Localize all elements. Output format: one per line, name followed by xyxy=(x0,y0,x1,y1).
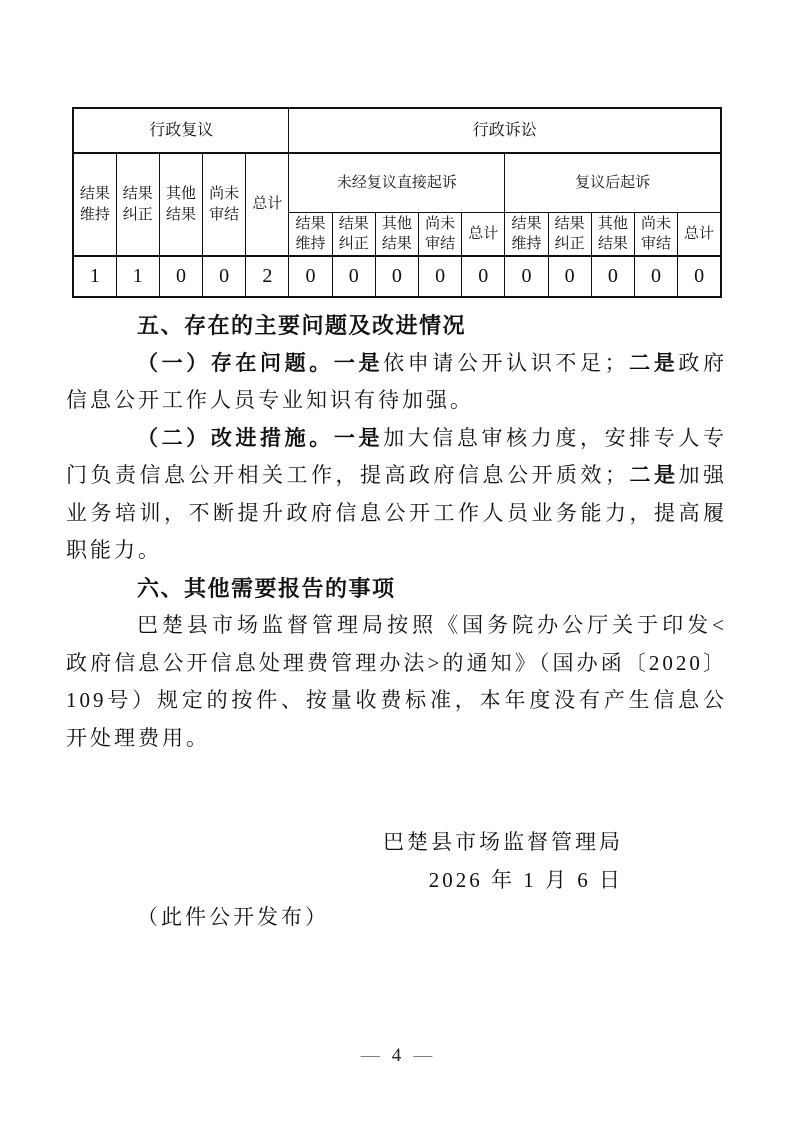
document-page: 行政复议 行政诉讼 结果维持 结果纠正 其他结果 尚未审结 总计 未经复议直接起… xyxy=(0,0,793,1122)
value-cell: 1 xyxy=(73,256,116,297)
header-other-result: 其他结果 xyxy=(159,153,202,256)
signature-date: 2026 年 1 月 6 日 xyxy=(66,862,623,900)
page-number: 4 xyxy=(392,1045,402,1066)
emphasis-text: （一）存在问题。一是 xyxy=(137,351,383,375)
value-cell: 0 xyxy=(375,256,418,297)
header-total: 总计 xyxy=(246,153,289,256)
header-result-upheld: 结果维持 xyxy=(505,212,548,256)
value-cell: 0 xyxy=(289,256,332,297)
value-cell: 0 xyxy=(634,256,677,297)
header-total: 总计 xyxy=(678,212,721,256)
value-cell: 1 xyxy=(116,256,159,297)
signature-block: 巴楚县市场监督管理局 2026 年 1 月 6 日 xyxy=(66,824,727,899)
header-pending: 尚未审结 xyxy=(634,212,677,256)
body-paragraph: （一）存在问题。一是依申请公开认识不足；二是政府信息公开工作人员专业知识有待加强… xyxy=(66,345,727,420)
value-cell: 0 xyxy=(203,256,246,297)
value-cell: 0 xyxy=(159,256,202,297)
header-result-corrected: 结果纠正 xyxy=(548,212,591,256)
body-text: 六、其他需要报告的事项 xyxy=(137,576,396,601)
section-heading: 六、其他需要报告的事项 xyxy=(66,570,727,608)
value-cell: 2 xyxy=(246,256,289,297)
emphasis-text: 二是 xyxy=(629,351,679,375)
footer-dash-right: — xyxy=(413,1045,432,1066)
header-result-upheld: 结果维持 xyxy=(289,212,332,256)
body-text: 巴楚县市场监督管理局按照《国务院办公厅关于印发<政府信息公开信息处理费管理办法>… xyxy=(66,613,727,750)
value-cell: 0 xyxy=(462,256,505,297)
emphasis-text: 二是 xyxy=(629,463,679,487)
header-lawsuit-after-review: 复议后起诉 xyxy=(505,153,721,212)
statistics-table: 行政复议 行政诉讼 结果维持 结果纠正 其他结果 尚未审结 总计 未经复议直接起… xyxy=(72,107,722,298)
emphasis-text: （二）改进措施。一是 xyxy=(137,426,383,450)
footer-dash-left: — xyxy=(361,1045,380,1066)
header-administrative-litigation: 行政诉讼 xyxy=(289,108,721,153)
value-cell: 0 xyxy=(419,256,462,297)
value-cell: 0 xyxy=(332,256,375,297)
header-result-corrected: 结果纠正 xyxy=(116,153,159,256)
signature-organization: 巴楚县市场监督管理局 xyxy=(66,824,623,862)
value-cell: 0 xyxy=(591,256,634,297)
header-pending: 尚未审结 xyxy=(419,212,462,256)
table-data-row: 1 1 0 0 2 0 0 0 0 0 0 0 0 0 0 xyxy=(73,256,721,297)
body-paragraph: （二）改进措施。一是加大信息审核力度，安排专人专门负责信息公开相关工作，提高政府… xyxy=(66,420,727,570)
body-text: 五、存在的主要问题及改进情况 xyxy=(137,313,466,338)
header-administrative-review: 行政复议 xyxy=(73,108,289,153)
header-total: 总计 xyxy=(462,212,505,256)
header-result-corrected: 结果纠正 xyxy=(332,212,375,256)
body-paragraph: 巴楚县市场监督管理局按照《国务院办公厅关于印发<政府信息公开信息处理费管理办法>… xyxy=(66,607,727,757)
value-cell: 0 xyxy=(678,256,721,297)
header-result-upheld: 结果维持 xyxy=(73,153,116,256)
table-row: 结果维持 结果纠正 其他结果 尚未审结 总计 未经复议直接起诉 复议后起诉 xyxy=(73,153,721,212)
page-footer: —4— xyxy=(0,1042,793,1070)
publication-note: （此件公开发布） xyxy=(66,899,727,937)
header-other-result: 其他结果 xyxy=(375,212,418,256)
value-cell: 0 xyxy=(548,256,591,297)
header-direct-lawsuit: 未经复议直接起诉 xyxy=(289,153,505,212)
section-heading: 五、存在的主要问题及改进情况 xyxy=(66,307,727,345)
value-cell: 0 xyxy=(505,256,548,297)
table-row: 行政复议 行政诉讼 xyxy=(73,108,721,153)
document-body: 五、存在的主要问题及改进情况（一）存在问题。一是依申请公开认识不足；二是政府信息… xyxy=(66,307,727,757)
body-text: 依申请公开认识不足； xyxy=(383,351,628,375)
header-other-result: 其他结果 xyxy=(591,212,634,256)
header-pending: 尚未审结 xyxy=(203,153,246,256)
document-content: 行政复议 行政诉讼 结果维持 结果纠正 其他结果 尚未审结 总计 未经复议直接起… xyxy=(0,0,793,937)
